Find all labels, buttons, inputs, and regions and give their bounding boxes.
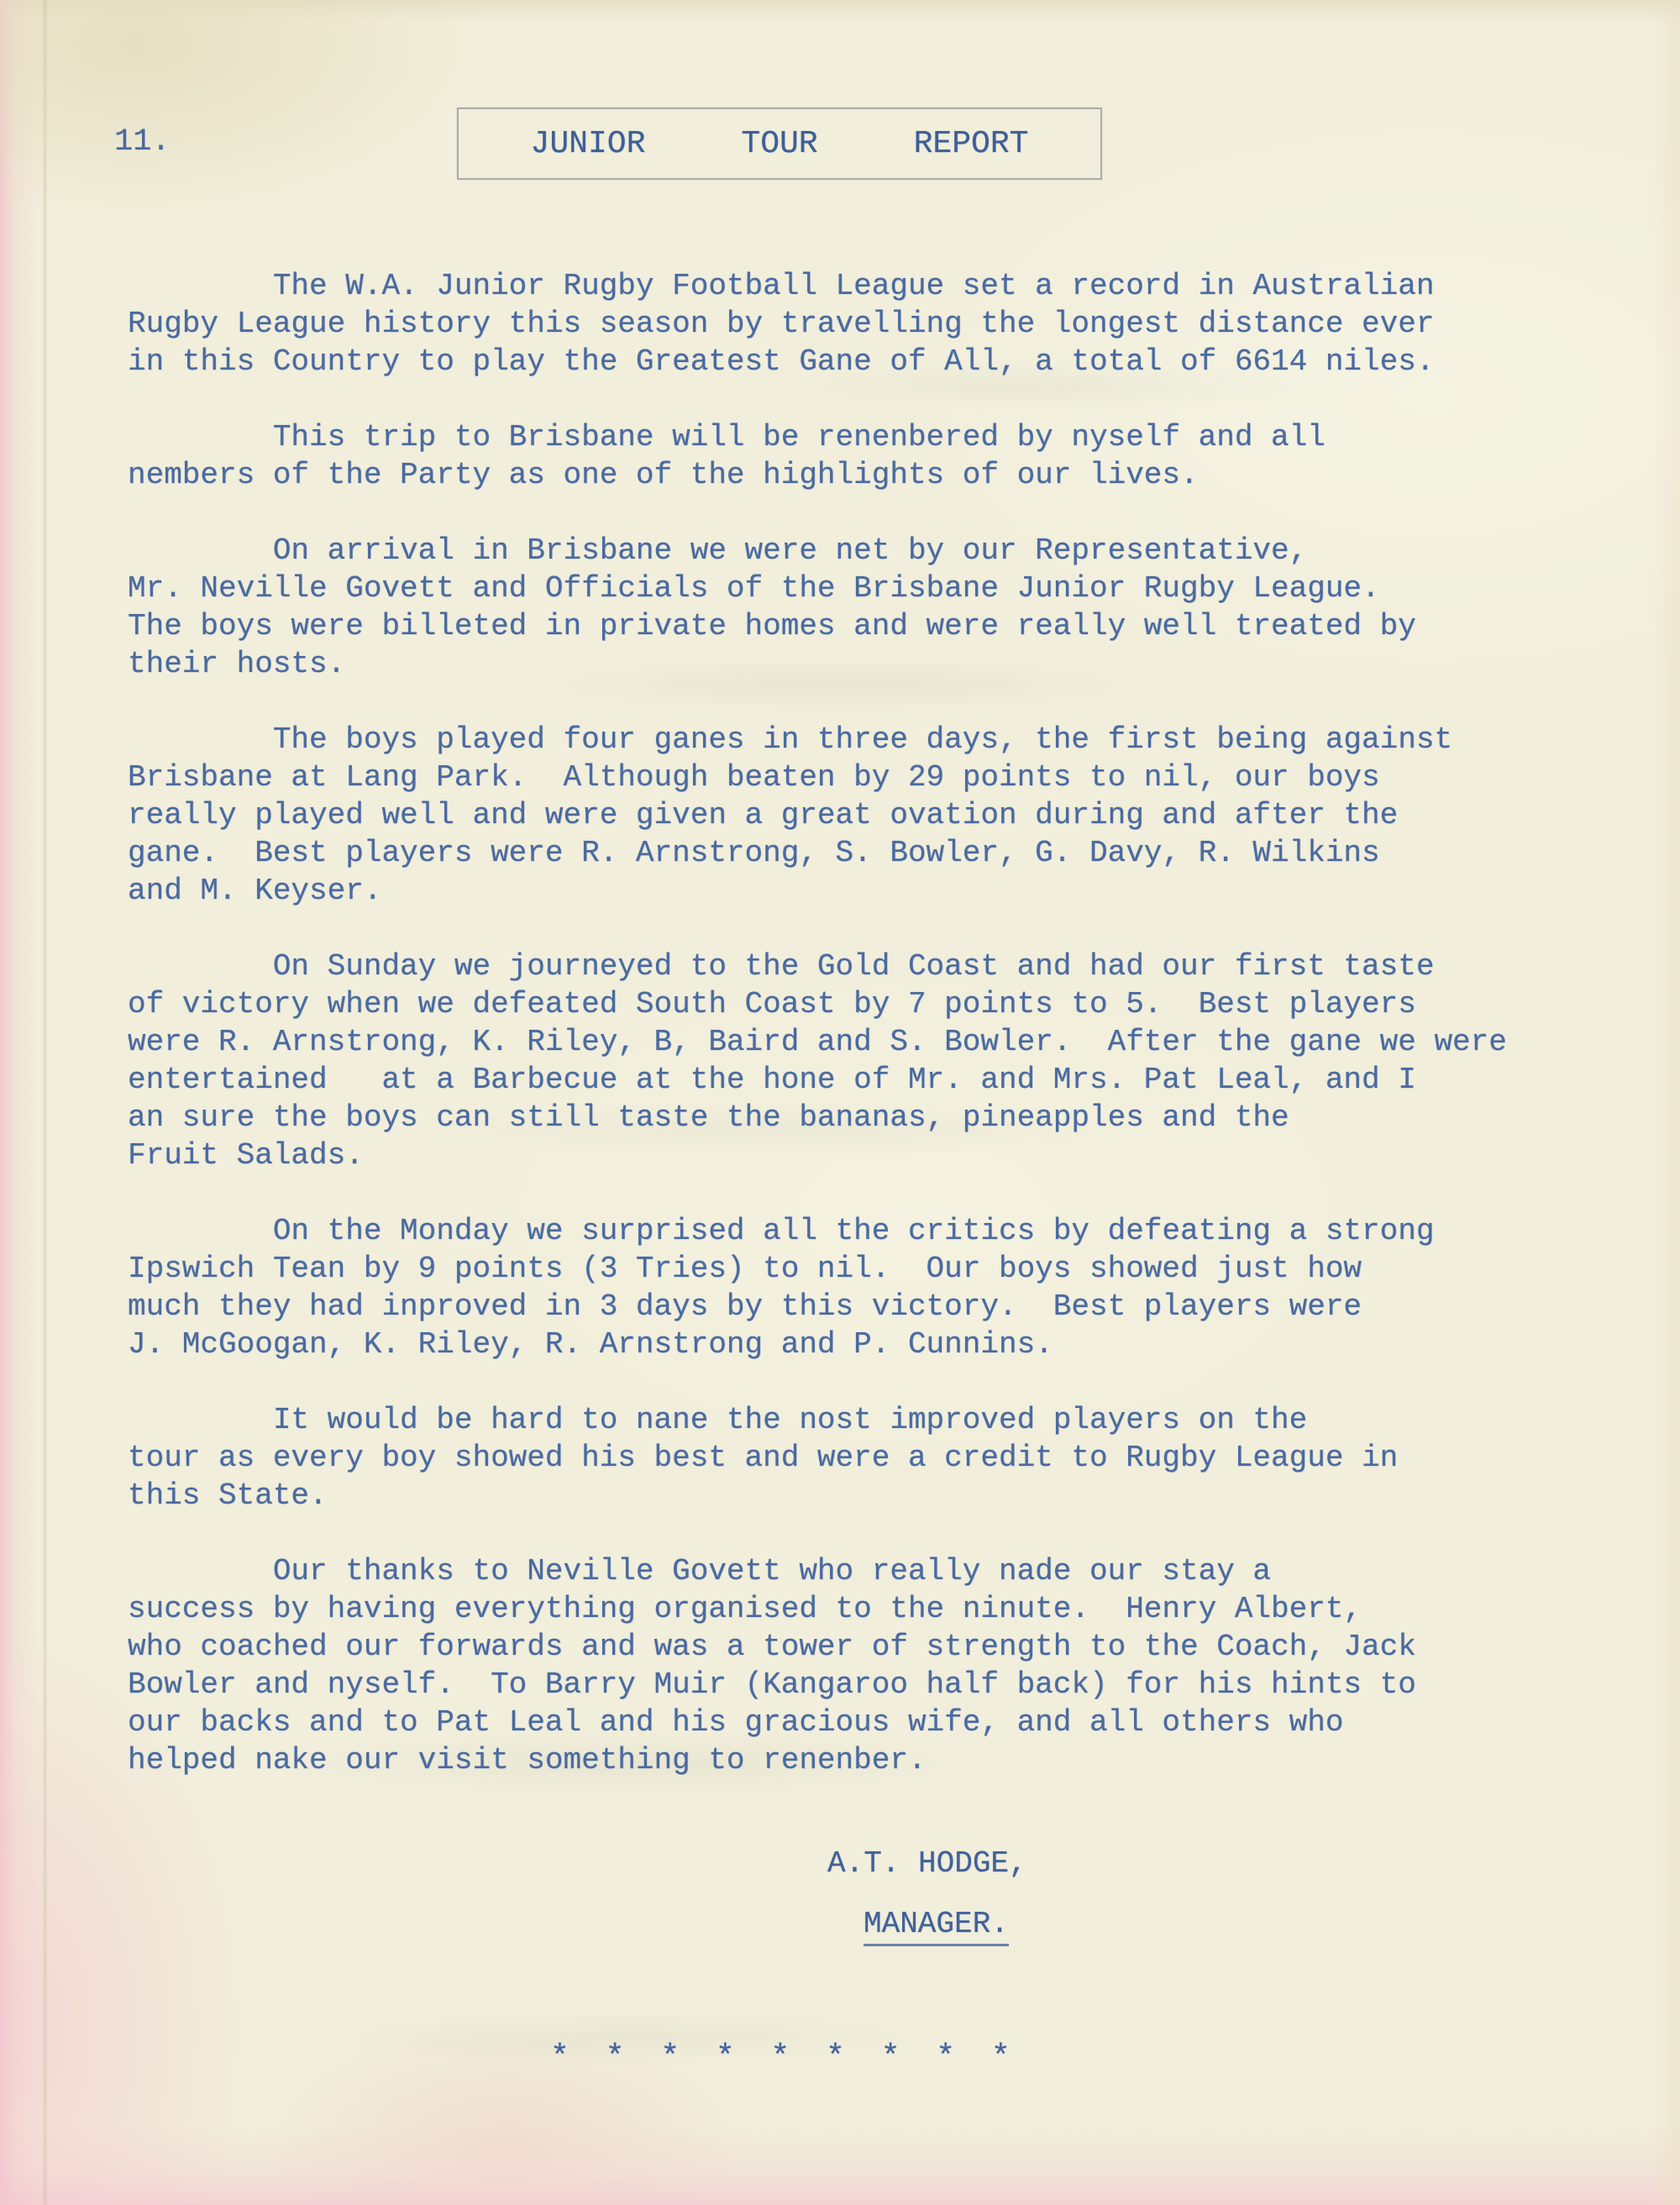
page-number: 11. (114, 124, 171, 160)
paragraph-arrival-brisbane: On arrival in Brisbane we were net by ou… (128, 532, 1572, 683)
paragraph-thanks: Our thanks to Neville Govett who really … (128, 1552, 1572, 1779)
paper-crease (44, 0, 46, 2205)
paragraph-four-games: The boys played four ganes in three days… (128, 721, 1572, 910)
signature-name: A.T. HODGE, (827, 1846, 1027, 1881)
paragraph-gold-coast: On Sunday we journeyed to the Gold Coast… (128, 948, 1572, 1174)
footer-asterisks: * * * * * * * * * (550, 2040, 1019, 2076)
paragraph-improved-players: It would be hard to nane the nost improv… (128, 1401, 1572, 1515)
title-box: JUNIOR TOUR REPORT (457, 108, 1102, 180)
paragraph-ipswich-win: On the Monday we surprised all the criti… (128, 1212, 1572, 1363)
report-body: The W.A. Junior Rugby Football League se… (128, 267, 1572, 1817)
page-title: JUNIOR TOUR REPORT (531, 126, 1029, 162)
document-page: 11. JUNIOR TOUR REPORT The W.A. Junior R… (0, 0, 1680, 2205)
paragraph-trip-remembered: This trip to Brisbane will be renenbered… (128, 418, 1572, 494)
paragraph-record-distance: The W.A. Junior Rugby Football League se… (128, 267, 1572, 381)
signature-role: MANAGER. (864, 1907, 1009, 1946)
